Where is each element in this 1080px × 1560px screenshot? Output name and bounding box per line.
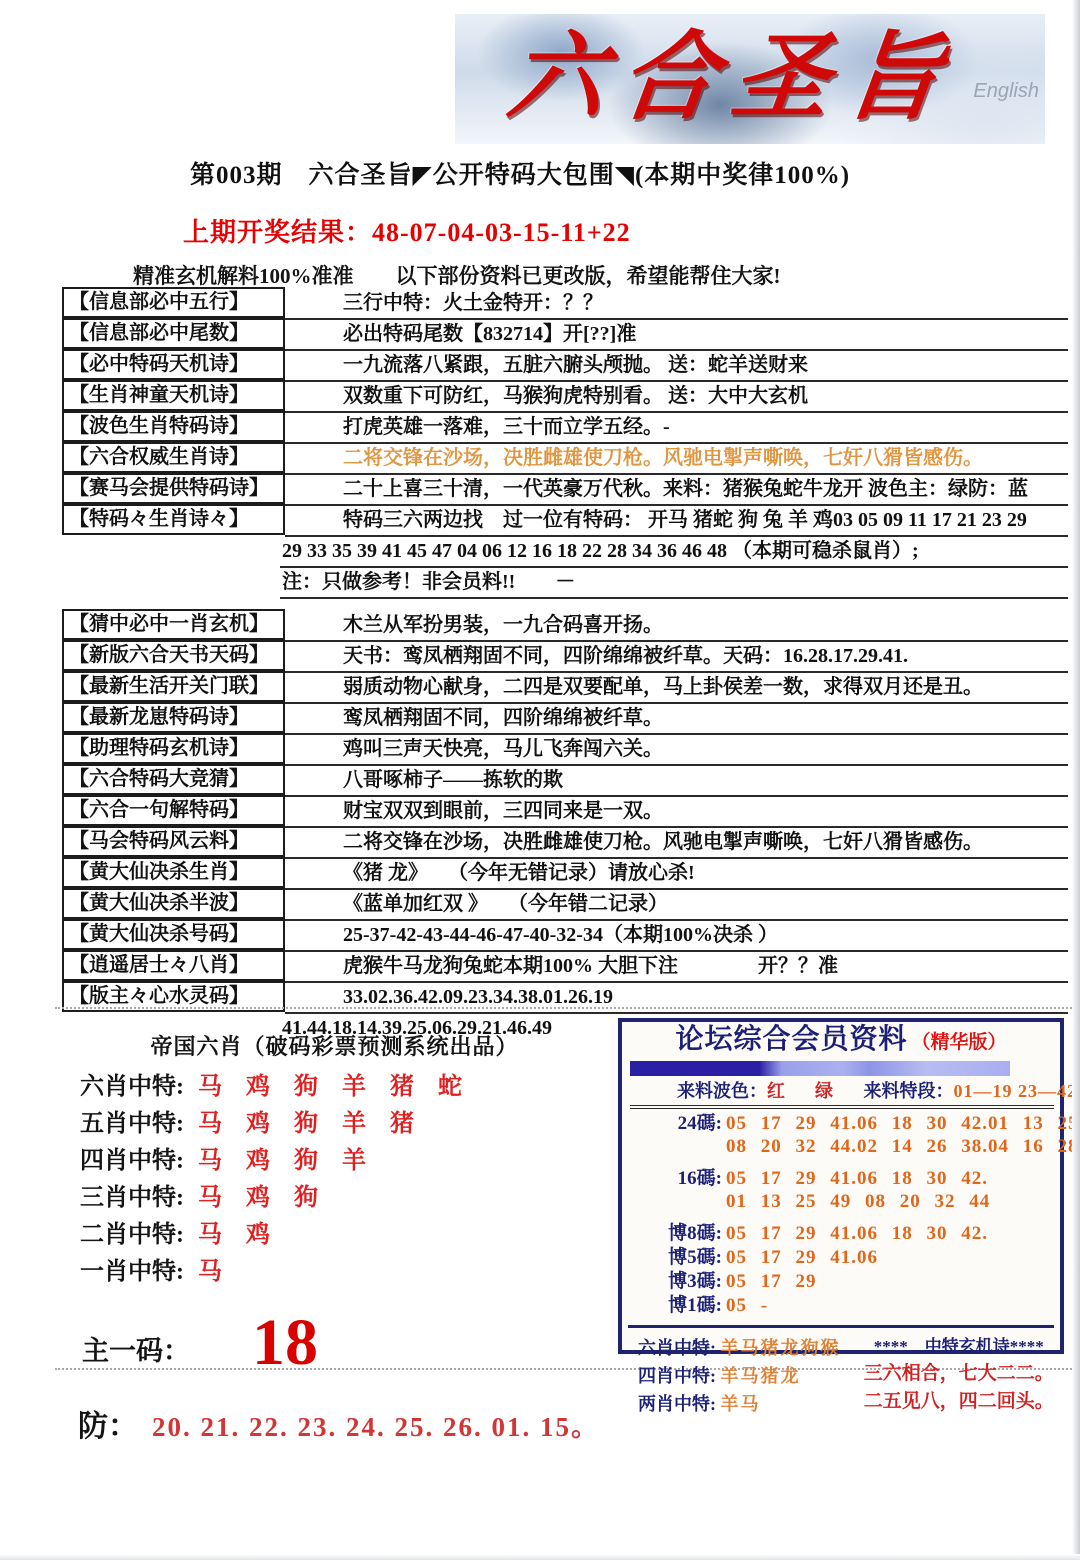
empire-title: 帝国六肖（破码彩票预测系统出品） [62,1030,607,1061]
forum-member-box: 论坛综合会员资料 （精华版） 来料波色：红 绿 来料特段：01—19 23—42… [618,1018,1064,1354]
empire-row-label: 三肖中特: [80,1185,184,1211]
poem-col: **** 中特玄机诗**** 三六相合，七大二二。二五见八，四二回头。 [857,1334,1060,1418]
segment-value: 01—19 23—42 [954,1081,1078,1101]
poem-line: 三六相合，七大二二。 [857,1360,1060,1388]
table-row: 【必中特码天机诗】一九流落八紧跟，五脏六腑头颅抛。 送：蛇羊送财来 [62,351,1068,382]
empire-row-value: 马 鸡 [198,1222,279,1248]
row-label: 【波色生肖特码诗】 [62,411,285,442]
last-draw-result: 上期开奖结果：48-07-04-03-15-11+22 [183,212,631,249]
main-code-value: 18 [252,1313,318,1373]
forum-code-line: 05 17 29 [726,1270,817,1293]
row-content: 三行中特：火土金特开：？？ [285,289,1068,320]
row-content: 弱质动物心献身，二四是双要配单，马上卦侯差一数，求得双月还是丑。 [285,673,1068,704]
row-label: 【助理特码玄机诗】 [62,733,285,764]
poem-lines: 三六相合，七大二二。二五见八，四二回头。 [857,1360,1060,1416]
double-rule [630,1105,1054,1109]
table-row: 【猜中必中一肖玄机】木兰从军扮男装，一九合码喜开扬。 [62,611,1068,642]
table-row: 【最新生活开关门联】弱质动物心献身，二四是双要配单，马上卦侯差一数，求得双月还是… [62,673,1068,704]
row-label: 【最新龙崽特码诗】 [62,702,285,733]
scan-edge-bottom [0,1554,1080,1560]
empire-six-zodiac-block: 帝国六肖（破码彩票预测系统出品） 六肖中特:马 鸡 狗 羊 猪 蛇五肖中特:马 … [62,1030,607,1445]
empire-row-label: 六肖中特: [80,1074,184,1100]
table-row: 【逍遥居士々八肖】虎猴牛马龙狗兔蛇本期100% 大胆下注 开？？准 [62,952,1068,983]
forum-code-lines: 05 17 29 41.06 18 30 42. [726,1222,988,1245]
wave-label: 来料波色： [677,1081,767,1101]
table-row: 【生肖神童天机诗】双数重下可防红，马猴狗虎特别看。 送：大中大玄机 [62,382,1068,413]
guard-row: 防： 20. 21. 22. 23. 24. 25. 26. 01. 15。 [62,1401,607,1445]
forum-code-lines: 05 17 29 [726,1270,817,1293]
forum-zodiac-row: 两肖中特: 羊马 [638,1390,857,1418]
guard-label: 防： [78,1401,138,1445]
forum-zodiac-label: 六肖中特: [638,1338,721,1358]
row-label: 【特码々生肖诗々】 [62,504,285,535]
row-extra-line: 注：只做参考！非会员料!! － [280,568,1068,599]
empire-row-label: 四肖中特: [80,1148,184,1174]
table-row: 【黄大仙决杀生肖】《猪 龙》 （今年无错记录）请放心杀! [62,859,1068,890]
empire-row-value: 马 鸡 狗 羊 猪 蛇 [198,1074,471,1100]
forum-bottom: 六肖中特: 羊马猪龙狗猴四肖中特: 羊马猪龙两肖中特: 羊马 **** 中特玄机… [622,1334,1060,1418]
forum-code-label: 24碼: [622,1112,726,1158]
table-row: 【黄大仙决杀半波】《蓝单加红双 》 （今年错二记录） [62,890,1068,921]
row-label: 【新版六合天书天码】 [62,640,285,671]
row-content: 木兰从军扮男装，一九合码喜开扬。 [285,611,1068,642]
row-label: 【六合一句解特码】 [62,795,285,826]
table-row: 【六合特码大竞猜】八哥啄柿子——拣软的欺 [62,766,1068,797]
notice-text: 精准玄机解料100%准准 以下部份资料已更改版，希望能帮住大家! [133,260,781,290]
row-content: 二十上喜三十清，一代英豪万代秋。来料：猪猴兔蛇牛龙开 波色主：绿防：蓝 [285,475,1068,506]
table-row: 【六合权威生肖诗】二将交锋在沙场，决胜雌雄使刀枪。风驰电掣声嘶唤，七奸八猾皆感伤… [62,444,1068,475]
forum-title-row: 论坛综合会员资料 （精华版） [622,1024,1060,1060]
row-label: 【赛马会提供特码诗】 [62,473,285,504]
empire-row-label: 一肖中特: [80,1259,184,1285]
row-content: 鸾凤栖翔固不同，四阶绵绵被纤草。 [285,704,1068,735]
empire-row: 五肖中特:马 鸡 狗 羊 猪 [62,1106,607,1143]
empire-row: 六肖中特:马 鸡 狗 羊 猪 蛇 [62,1069,607,1106]
row-content: 财宝双双到眼前，三四同来是一双。 [285,797,1068,828]
forum-divider [628,1325,1054,1328]
row-label: 【六合权威生肖诗】 [62,442,285,473]
section-divider-top [55,1007,1076,1009]
row-label: 【逍遥居士々八肖】 [62,950,285,981]
row-content: 特码三六两边找 过一位有特码： 开马 猪蛇 狗 兔 羊 鸡03 05 09 11… [285,506,1068,537]
table-row: 【信息部必中尾数】必出特码尾数【832714】开[??]准 [62,320,1068,351]
empire-row-value: 马 [198,1259,231,1285]
forum-code-label: 博1碼: [622,1294,726,1317]
forum-code-label: 博8碼: [622,1222,726,1245]
forum-title: 论坛综合会员资料 [675,1024,907,1055]
scan-edge-right [1072,0,1080,1560]
table-row: 【新版六合天书天码】天书：鸾凤栖翔固不同，四阶绵绵被纤草。天码：16.28.17… [62,642,1068,673]
table-row: 【信息部必中五行】三行中特：火土金特开：？？ [62,289,1068,320]
prediction-table: 【信息部必中五行】三行中特：火土金特开：？？【信息部必中尾数】必出特码尾数【83… [62,289,1068,1043]
forum-code-line: 05 - [726,1294,768,1317]
row-content: 双数重下可防红，马猴狗虎特别看。 送：大中大玄机 [285,382,1068,413]
empire-row-label: 二肖中特: [80,1222,184,1248]
guard-numbers: 20. 21. 22. 23. 24. 25. 26. 01. 15。 [152,1405,600,1444]
main-code-label: 主一码： [82,1329,190,1373]
table-row: 【波色生肖特码诗】打虎英雄一落难，三十而立学五经。- [62,413,1068,444]
row-extra-line: 29 33 35 39 41 45 47 04 06 12 16 18 22 2… [280,537,1068,568]
row-content: 一九流落八紧跟，五脏六腑头颅抛。 送：蛇羊送财来 [285,351,1068,382]
forum-code-line: 05 17 29 41.06 18 30 42.01 13 25 49. [726,1112,1080,1135]
row-content: 虎猴牛马龙狗兔蛇本期100% 大胆下注 开？？准 [285,952,1068,983]
forum-zodiac-col: 六肖中特: 羊马猪龙狗猴四肖中特: 羊马猪龙两肖中特: 羊马 [622,1334,857,1418]
forum-code-line: 01 13 25 49 08 20 32 44 [726,1190,990,1213]
empire-row: 二肖中特:马 鸡 [62,1217,607,1254]
forum-code-lines: 05 17 29 41.06 [726,1246,878,1269]
empire-row-value: 马 鸡 狗 [198,1185,327,1211]
row-label: 【六合特码大竞猜】 [62,764,285,795]
row-label: 【黄大仙决杀生肖】 [62,857,285,888]
forum-zodiac-value: 羊马 [721,1394,761,1414]
forum-code-lines: 05 17 29 41.06 18 30 42.01 13 25 49 08 2… [726,1167,990,1213]
table-row: 【马会特码风云料】二将交锋在沙场，决胜雌雄使刀枪。风驰电掣声嘶唤，七奸八猾皆感伤… [62,828,1068,859]
row-label: 【必中特码天机诗】 [62,349,285,380]
row-content: 二将交锋在沙场，决胜雌雄使刀枪。风驰电掣声嘶唤，七奸八猾皆感伤。 [285,444,1068,475]
row-label: 【信息部必中尾数】 [62,318,285,349]
empire-row-value: 马 鸡 狗 羊 [198,1148,375,1174]
row-content: 天书：鸾凤栖翔固不同，四阶绵绵被纤草。天码：16.28.17.29.41. [285,642,1068,673]
forum-code-label: 博5碼: [622,1246,726,1269]
forum-code-lines: 05 17 29 41.06 18 30 42.01 13 25 49.08 2… [726,1112,1080,1158]
row-content: 必出特码尾数【832714】开[??]准 [285,320,1068,351]
forum-code-label: 16碼: [622,1167,726,1213]
row-label: 【猜中必中一肖玄机】 [62,609,285,640]
masthead-banner: 六合圣旨 English [455,14,1045,144]
forum-code-row: 博5碼:05 17 29 41.06 [622,1246,1060,1269]
segment-label: 来料特段： [864,1081,954,1101]
gradient-bar [630,1061,1010,1076]
forum-zodiac-label: 两肖中特: [638,1394,721,1414]
empire-row-value: 马 鸡 狗 羊 猪 [198,1111,423,1137]
site-title: 六合圣旨 [466,18,1001,138]
main-code-row: 主一码： 18 [62,1313,607,1373]
forum-edition: （精华版） [912,1032,1007,1053]
empire-row: 一肖中特:马 [62,1254,607,1291]
row-label: 【信息部必中五行】 [62,287,285,318]
empire-row-label: 五肖中特: [80,1111,184,1137]
table-row: 【最新龙崽特码诗】鸾凤栖翔固不同，四阶绵绵被纤草。 [62,704,1068,735]
row-content: 鸡叫三声天快亮，马儿飞奔闯六关。 [285,735,1068,766]
forum-zodiac-row: 六肖中特: 羊马猪龙狗猴 [638,1334,857,1362]
forum-code-line: 05 17 29 41.06 [726,1246,878,1269]
forum-code-row: 24碼:05 17 29 41.06 18 30 42.01 13 25 49.… [622,1112,1060,1158]
wave-value: 红 绿 [767,1081,839,1101]
row-content: 二将交锋在沙场，决胜雌雄使刀枪。风驰电掣声嘶唤，七奸八猾皆感伤。 [285,828,1068,859]
row-content: 《蓝单加红双 》 （今年错二记录） [285,890,1068,921]
forum-zodiac-row: 四肖中特: 羊马猪龙 [638,1362,857,1390]
row-content: 八哥啄柿子——拣软的欺 [285,766,1068,797]
forum-code-row: 博8碼:05 17 29 41.06 18 30 42. [622,1222,1060,1245]
table-row: 【六合一句解特码】财宝双双到眼前，三四同来是一双。 [62,797,1068,828]
forum-code-line: 05 17 29 41.06 18 30 42. [726,1167,990,1190]
poem-line: 二五见八，四二回头。 [857,1388,1060,1416]
row-label: 【生肖神童天机诗】 [62,380,285,411]
empire-row: 三肖中特:马 鸡 狗 [62,1180,607,1217]
forum-zodiac-value: 羊马猪龙 [721,1366,801,1386]
forum-code-lines: 05 - [726,1294,768,1317]
table-row: 【特码々生肖诗々】特码三六两边找 过一位有特码： 开马 猪蛇 狗 兔 羊 鸡03… [62,506,1068,537]
wave-row: 来料波色：红 绿 来料特段：01—19 23—42 [622,1079,1060,1104]
table-row: 【版主々心水灵码】33.02.36.42.09.23.34.38.01.26.1… [62,983,1068,1014]
english-watermark: English [973,80,1039,103]
forum-code-row: 博1碼:05 - [622,1294,1060,1317]
row-content: 打虎英雄一落难，三十而立学五经。- [285,413,1068,444]
issue-headline: 第003期 六合圣旨◤公开特码大包围◥(本期中奖律100%) [190,155,850,191]
forum-code-label: 博3碼: [622,1270,726,1293]
table-row: 【黄大仙决杀号码】25-37-42-43-44-46-47-40-32-34（本… [62,921,1068,952]
table-row: 【助理特码玄机诗】鸡叫三声天快亮，马儿飞奔闯六关。 [62,735,1068,766]
row-content: 33.02.36.42.09.23.34.38.01.26.19 [285,983,1068,1014]
table-row: 【赛马会提供特码诗】二十上喜三十清，一代英豪万代秋。来料：猪猴兔蛇牛龙开 波色主… [62,475,1068,506]
forum-code-row: 博3碼:05 17 29 [622,1270,1060,1293]
row-label: 【黄大仙决杀号码】 [62,919,285,950]
forum-code-row: 16碼:05 17 29 41.06 18 30 42.01 13 25 49 … [622,1167,1060,1213]
row-label: 【黄大仙决杀半波】 [62,888,285,919]
forum-code-line: 05 17 29 41.06 18 30 42. [726,1222,988,1245]
empire-row: 四肖中特:马 鸡 狗 羊 [62,1143,607,1180]
poem-title: **** 中特玄机诗**** [857,1334,1060,1360]
forum-code-rows: 24碼:05 17 29 41.06 18 30 42.01 13 25 49.… [622,1112,1060,1317]
forum-zodiac-label: 四肖中特: [638,1366,721,1386]
empire-rows: 六肖中特:马 鸡 狗 羊 猪 蛇五肖中特:马 鸡 狗 羊 猪四肖中特:马 鸡 狗… [62,1069,607,1291]
row-label: 【马会特码风云料】 [62,826,285,857]
row-label: 【最新生活开关门联】 [62,671,285,702]
row-content: 25-37-42-43-44-46-47-40-32-34（本期100%决杀 ） [285,921,1068,952]
forum-zodiac-value: 羊马猪龙狗猴 [721,1338,841,1358]
forum-code-line: 08 20 32 44.02 14 26 38.04 16 28 40 [726,1135,1080,1158]
row-content: 《猪 龙》 （今年无错记录）请放心杀! [285,859,1068,890]
